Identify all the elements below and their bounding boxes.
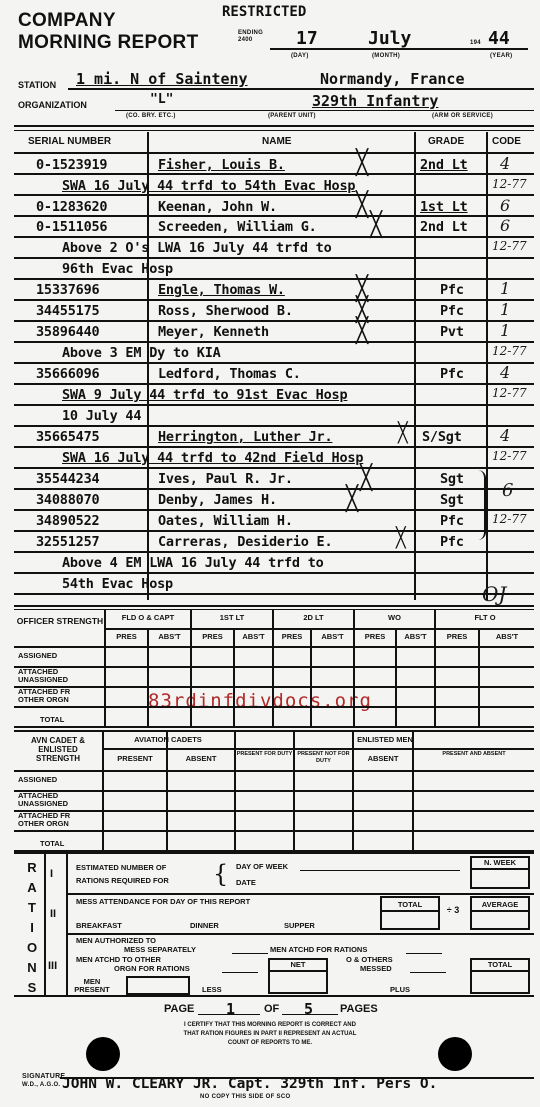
serial-number: 0-1511056 [36,219,107,235]
col-present: PRESENT [104,755,166,763]
person-name: Carreras, Desiderio E. [158,534,332,550]
person-name: Fisher, Louis B. [158,157,285,173]
auth-mess-label-1: MEN AUTHORIZED TO [76,937,156,945]
serial-number: 35665475 [36,429,99,445]
enlisted-men-group: ENLISTED MEN [236,736,534,744]
year-caption: (YEAR) [490,53,512,59]
remark-text: Above 4 EM LWA 16 July 44 trfd to [62,555,324,571]
subcol-pres: PRES [106,633,147,641]
duty-code: 4 [500,154,510,173]
atchd-other-label-1: MEN ATCHD TO OTHER [76,956,161,964]
form-title-line2: MORNING REPORT [18,32,198,53]
serial-number: 15337696 [36,282,99,298]
officer-group-wo: WO [355,614,434,622]
subcol-abst: ABS'T [235,633,272,641]
serial-number: 0-1523919 [36,157,107,173]
organization-value: "L" [150,92,173,107]
person-grade: 2nd Lt [420,219,468,235]
row-attached-fr-other-orgn: ATTACHED FR OTHER ORGN [18,688,98,704]
section-2-number: II [50,908,56,920]
remark-text: SWA 16 July 44 trfd to 54th Evac Hosp [62,178,355,194]
net-label: NET [270,961,326,969]
subcol-abst: ABS'T [312,633,353,641]
serial-number: 0-1283620 [36,199,107,215]
o-others-label-1: O & OTHERS [346,956,393,964]
officer-group-1st-lt: 1ST LT [192,614,272,622]
organization-label: ORGANIZATION [18,100,87,110]
less-label: LESS [202,986,222,994]
duty-code: 6 [500,216,510,235]
person-grade: Pfc [440,282,464,298]
rations-side-label: RATIONS [26,858,38,998]
remark-text: Above 2 O's LWA 16 July 44 trfd to [62,240,332,256]
serial-number: 34088070 [36,492,99,508]
person-name: Ross, Sherwood B. [158,303,293,319]
remark-text: SWA 16 July 44 trfd to 42nd Field Hosp [62,450,363,466]
of-label: OF [264,1003,279,1015]
duty-code: 4 [500,426,510,445]
subcol-abst: ABS'T [149,633,190,641]
duty-code: 12-77 [492,177,527,191]
est-rations-label-2: RATIONS REQUIRED FOR [76,877,169,885]
plus-label: PLUS [390,986,410,994]
duty-code: 12-77 [492,449,527,463]
year-prefix: 194 [470,40,481,46]
report-day: 17 [296,28,318,49]
officer-group-fld-o-capt: FLD O & CAPT [106,614,190,622]
org-caption-1: (CO. BRY. ETC.) [126,113,176,119]
signature-label: SIGNATURE [22,1073,65,1080]
breakfast-label: BREAKFAST [76,922,122,930]
station-region: Normandy, France [320,70,465,88]
col-code: CODE [492,136,521,147]
aviation-cadets-group: AVIATION CADETS [104,736,232,744]
person-grade: S/Sgt [422,429,462,445]
col-grade: GRADE [428,136,464,147]
person-name: Screeden, William G. [158,219,317,235]
row-attached-unassigned: ATTACHED UNASSIGNED [18,668,98,684]
total-pages: 5 [304,1000,313,1018]
atchd-other-label-2: ORGN FOR RATIONS [114,965,190,973]
serial-number: 34890522 [36,513,99,529]
punch-hole-right [438,1037,472,1071]
person-name: Ives, Paul R. Jr. [158,471,293,487]
remark-text: 10 July 44 [62,408,141,424]
row-attached-unassigned: ATTACHED UNASSIGNED [18,792,98,808]
row-assigned: ASSIGNED [18,652,57,660]
remark-text: 54th Evac Hosp [62,576,173,592]
mess-attendance-label: MESS ATTENDANCE FOR DAY OF THIS REPORT [76,898,250,906]
rations-total-label: TOTAL [472,961,528,969]
serial-number: 35666096 [36,366,99,382]
sub-caption: NO COPY THIS SIDE OF SCO [200,1094,290,1100]
certify-line-3: COUNT OF REPORTS TO ME. [140,1039,400,1047]
section-3-number: III [48,960,57,972]
divide-by-three: ÷ 3 [446,906,460,914]
officer-strength-title: OFFICER STRENGTH [16,616,104,626]
report-month: July [368,28,411,49]
classification-stamp: RESTRICTED [222,4,306,20]
officer-group-flt-o: FLT O [436,614,534,622]
person-grade: Pvt [440,324,464,340]
men-present-box[interactable] [126,976,190,995]
dinner-label: DINNER [190,922,219,930]
duty-code: 12-77 [492,239,527,253]
certify-line-1: I CERTIFY THAT THIS MORNING REPORT IS CO… [140,1021,400,1029]
page-number: 1 [226,1000,235,1018]
organization-parent: 329th Infantry [312,92,438,110]
duty-code: 1 [500,279,510,298]
n-week-label: N. WEEK [472,859,528,867]
enlisted-strength-title: AVN CADET & ENLISTED STRENGTH [16,736,100,763]
subcol-abst: ABS'T [480,633,534,641]
row-total: TOTAL [40,716,64,724]
serial-number: 35896440 [36,324,99,340]
supper-label: SUPPER [284,922,315,930]
col-name: NAME [262,136,291,147]
day-caption: (DAY) [291,53,309,59]
officer-group-2d-lt: 2D LT [274,614,353,622]
col-absent: ABSENT [168,755,234,763]
subcol-abst: ABS'T [397,633,434,641]
duty-code: 6 [500,196,510,215]
watermark: 83rdinfdivdocs.org [148,690,372,712]
person-grade: Pfc [440,534,464,550]
remark-text: Above 3 EM Dy to KIA [62,345,221,361]
person-grade: Sgt [440,492,464,508]
month-caption: (MONTH) [372,53,400,59]
person-grade: Sgt [440,471,464,487]
duty-code: 6 [502,480,513,501]
men-present-label: MEN PRESENT [72,978,112,994]
person-grade: Pfc [440,513,464,529]
duty-code: 4 [500,363,510,382]
remark-text: SWA 9 July 44 trfd to 91st Evac Hosp [62,387,347,403]
day-of-week-label: DAY OF WEEK [236,863,288,871]
duty-code: 1 [500,321,510,340]
o-others-label-2: MESSED [360,965,392,973]
station-value: 1 mi. N of Sainteny [76,70,248,88]
duty-code: 12-77 [492,512,527,526]
subcol-pres: PRES [436,633,478,641]
person-name: Engle, Thomas W. [158,282,285,298]
check-mark-icon: ╳ [370,210,382,239]
form-number: W.D., A.G.O. [22,1082,60,1088]
duty-code: 12-77 [492,344,527,358]
person-grade: 2nd Lt [420,157,468,173]
subcol-pres: PRES [274,633,310,641]
person-grade: Pfc [440,303,464,319]
person-name: Meyer, Kenneth [158,324,269,340]
person-grade: 1st Lt [420,199,468,215]
est-rations-label-1: ESTIMATED NUMBER OF [76,864,166,872]
section-1-number: I [50,868,53,880]
person-name: Oates, William H. [158,513,293,529]
ending-label: ENDING 2400 [238,30,268,44]
col-present-not-for-duty: PRESENT NOT FOR DUTY [295,751,352,765]
average-label: AVERAGE [472,901,528,909]
row-assigned: ASSIGNED [18,776,57,784]
duty-code: 1 [500,300,510,319]
page-label: PAGE [164,1003,194,1015]
col-absent-em: ABSENT [354,755,412,763]
person-grade: Pfc [440,366,464,382]
certify-line-2: THAT RATION FIGURES IN PART II REPRESENT… [140,1030,400,1038]
org-caption-2: (PARENT UNIT) [268,113,316,119]
org-caption-3: (ARM OR SERVICE) [432,113,493,119]
pages-label: PAGES [340,1003,378,1015]
serial-number: 34455175 [36,303,99,319]
col-serial-number: SERIAL NUMBER [28,136,111,147]
date-label: DATE [236,879,256,887]
row-attached-fr-other-orgn: ATTACHED FR OTHER ORGN [18,812,98,828]
duty-code: 12-77 [492,386,527,400]
serial-number: 32551257 [36,534,99,550]
person-name: Keenan, John W. [158,199,277,215]
punch-hole-left [86,1037,120,1071]
col-present-for-duty: PRESENT FOR DUTY [236,751,293,758]
mess-total-label: TOTAL [382,901,438,909]
men-atchd-rations-label: MEN ATCHD FOR RATIONS [270,946,367,954]
serial-number: 35544234 [36,471,99,487]
report-year: 44 [488,28,510,49]
remark-text: 96th Evac Hosp [62,261,173,277]
subcol-pres: PRES [192,633,233,641]
person-name: Herrington, Luther Jr. [158,429,332,445]
form-title-line1: COMPANY [18,10,116,31]
person-name: Ledford, Thomas C. [158,366,301,382]
station-label: STATION [18,80,56,90]
signature-value: JOHN W. CLEARY JR. Capt. 329th Inf. Pers… [62,1076,437,1092]
subcol-pres: PRES [355,633,395,641]
row-total: TOTAL [40,840,64,848]
auth-mess-label-2: MESS SEPARATELY [124,946,196,954]
col-present-and-absent: PRESENT AND ABSENT [414,751,534,758]
person-name: Denby, James H. [158,492,277,508]
